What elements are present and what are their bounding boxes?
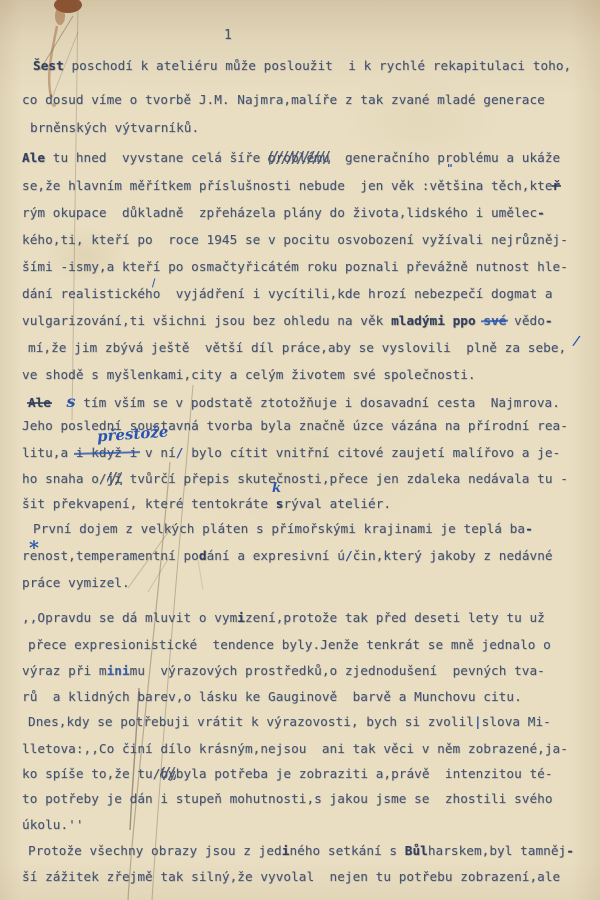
typescript-line: rů a klidných barev,o lásku ke Gauginově… [22, 689, 522, 704]
typescript-line: litu,a i když i v ní/ bylo cítit vnitřní… [22, 445, 560, 460]
typescript-line: práce vymizel. [22, 575, 130, 590]
rust-stain [54, 0, 82, 13]
typescript-line: ší zážitek zřejmě tak silný,že vyvolal n… [22, 869, 560, 884]
typescript-line: renost,temperamentní podání a expresivní… [22, 548, 553, 563]
document-page: 1 Šest poschodí k ateliéru může poslouži… [0, 0, 600, 900]
typescript-line: co dosud víme o tvorbě J.M. Najmra,malíř… [22, 92, 545, 107]
typescript-line: výraz při minimu výrazových prostředků,o… [22, 663, 545, 678]
typescript-line: dání realistického vyjádření i vycítili,… [22, 286, 553, 301]
handwritten-insert-quote: " [447, 163, 453, 174]
typescript-line: ho snaha o/jí tvůrčí přepis skutečnosti,… [22, 471, 568, 486]
typescript-line: šit překvapení, které tentokráte srýval … [22, 496, 391, 511]
typescript-line: První dojem z velkých pláten s přímořský… [33, 521, 533, 536]
typescript-line: šími -ismy,a kteří po osmačtyřicátém rok… [22, 259, 568, 274]
typescript-line: přece expresionistické tendence byly.Jen… [28, 637, 551, 652]
typescript-line: brněnských výtvarníků. [30, 120, 199, 135]
typescript-line: Ale s tím vším se v podstatě ztotožňuje … [28, 392, 560, 411]
handwritten-insert-asterisk: * [29, 539, 39, 558]
typescript-line: to potřeby je dán i stupeň mohutnosti,s … [22, 791, 553, 806]
typescript-line: lletova:,,Co činí dílo krásným,nejsou an… [22, 741, 568, 756]
handwritten-comma-mark: / [573, 335, 580, 349]
typescript-line: Šest poschodí k ateliéru může posloužit … [33, 58, 571, 73]
typescript-line: vulgarizování,ti všichni jsou bez ohledu… [22, 313, 553, 328]
page-number: 1 [224, 28, 232, 43]
typescript-line: ,,Opravdu se dá mluvit o vymizení,protož… [22, 610, 545, 625]
typescript-line: rým okupace důkladně zpřeházela plány do… [22, 205, 545, 220]
handwritten-insert-k: k [272, 482, 281, 495]
handwritten-insert-prestoze: přestože [97, 425, 169, 445]
typescript-line: Protože všechny obrazy jsou z jediného s… [28, 843, 574, 858]
typescript-line: Ale tu hned vyvstane celá šíře problému … [22, 150, 560, 165]
typescript-line: mí,že jim zbývá ještě větší díl práce,ab… [28, 340, 566, 355]
typescript-line: se,že hlavním měřítkem příslušnosti nebu… [22, 178, 560, 193]
typescript-line: Dnes,kdy se potřebuji vrátit k výrazovos… [28, 714, 551, 729]
handwritten-accent-mark: / [151, 279, 157, 290]
typescript-line: ko spíše to,že tu/bybyla potřeba je zobr… [22, 766, 553, 781]
typescript-line: ve shodě s myšlenkami,city a celým život… [22, 367, 476, 382]
typescript-line: kého,ti, kteří po roce 1945 se v pocitu … [22, 232, 568, 247]
typescript-line: úkolu.'' [22, 817, 84, 832]
